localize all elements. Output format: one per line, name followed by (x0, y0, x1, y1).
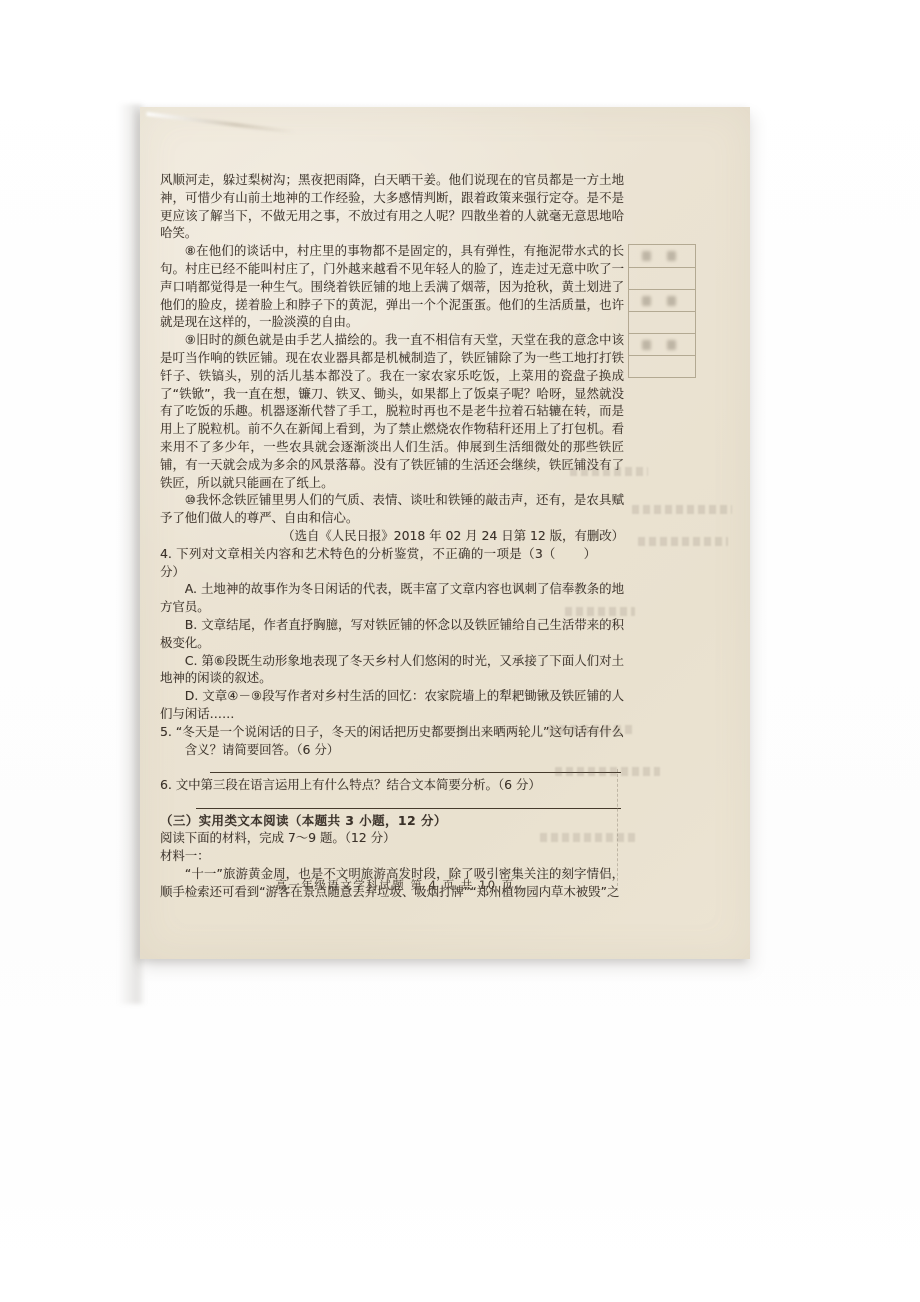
bleed-through-artifact (642, 296, 651, 306)
bleed-through-artifact (540, 833, 635, 842)
score-table-cell (629, 355, 695, 377)
bleed-through-artifact (638, 537, 728, 546)
passage-paragraph-8: ⑧在他们的谈话中，村庄里的事物都不是固定的，具有弹性，有拖泥带水式的长句。村庄已… (160, 242, 624, 331)
bleed-through-artifact (667, 340, 676, 350)
question-4-option-a: A. 土地神的故事作为冬日闲话的代表，既丰富了文章内容也讽刺了信奉教条的地方官员… (160, 580, 624, 616)
exam-paper-page: 风顺河走，躲过梨树沟；黑夜把雨降，白天晒干姜。他们说现在的官员都是一方土地神，可… (140, 107, 750, 959)
page-footer: 高一年级语文学科试题 第 4 页 共 10 页 (160, 877, 630, 893)
question-4-text: 4. 下列对文章相关内容和艺术特色的分析鉴赏，不正确的一项是（3 分） (160, 545, 543, 581)
bleed-through-artifact (642, 340, 651, 350)
margin-score-table (628, 244, 696, 378)
question-4-stem: 4. 下列对文章相关内容和艺术特色的分析鉴赏，不正确的一项是（3 分） （ ） (160, 545, 624, 581)
bleed-through-artifact (565, 607, 635, 616)
question-6: 6. 文中第三段在语言运用上有什么特点？结合文本简要分析。（6 分） (160, 776, 624, 794)
score-table-cell (629, 311, 695, 333)
bleed-through-artifact (570, 467, 648, 476)
exam-text-column: 风顺河走，躲过梨树沟；黑夜把雨降，白天晒干姜。他们说现在的官员都是一方土地神，可… (160, 171, 624, 901)
passage-paragraph-10: ⑩我怀念铁匠铺里男人们的气质、表情、谈吐和铁锤的敲击声，还有，是农具赋予了他们做… (160, 491, 624, 527)
score-table-cell (629, 289, 695, 311)
section-3-header: （三）实用类文本阅读（本题共 3 小题，12 分） (160, 812, 624, 830)
passage-continuation: 风顺河走，躲过梨树沟；黑夜把雨降，白天晒干姜。他们说现在的官员都是一方土地神，可… (160, 171, 624, 242)
score-table-cell (629, 267, 695, 289)
bleed-through-artifact (642, 251, 651, 261)
passage-paragraph-9: ⑨旧时的颜色就是由手艺人描绘的。我一直不相信有天堂，天堂在我的意念中该是叮当作响… (160, 331, 624, 491)
answer-blank-line-q6 (160, 794, 624, 812)
passage-source: （选自《人民日报》2018 年 02 月 24 日第 12 版，有删改） (160, 527, 624, 545)
bleed-through-artifact (548, 725, 633, 734)
score-table-cell (629, 333, 695, 355)
bleed-through-artifact (667, 296, 676, 306)
material-1-label: 材料一： (160, 847, 624, 865)
binding-dashed-line (617, 769, 618, 891)
question-4-option-c: C. 第⑥段既生动形象地表现了冬天乡村人们悠闲的时光，又承接了下面人们对土地神的… (160, 652, 624, 688)
question-4-answer-bracket: （ ） (543, 545, 624, 581)
bleed-through-artifact (555, 767, 660, 776)
paper-fold-crease (146, 112, 295, 134)
score-table-cell (629, 245, 695, 267)
question-4-option-d: D. 文章④－⑨段写作者对乡村生活的回忆：农家院墙上的犁耙锄锹及铁匠铺的人们与闲… (160, 687, 624, 723)
photo-background: 风顺河走，躲过梨树沟；黑夜把雨降，白天晒干姜。他们说现在的官员都是一方土地神，可… (0, 0, 920, 1302)
bleed-through-artifact (632, 505, 732, 514)
question-4-option-b: B. 文章结尾，作者直抒胸臆，写对铁匠铺的怀念以及铁匠铺给自己生活带来的积极变化… (160, 616, 624, 652)
bleed-through-artifact (667, 251, 676, 261)
